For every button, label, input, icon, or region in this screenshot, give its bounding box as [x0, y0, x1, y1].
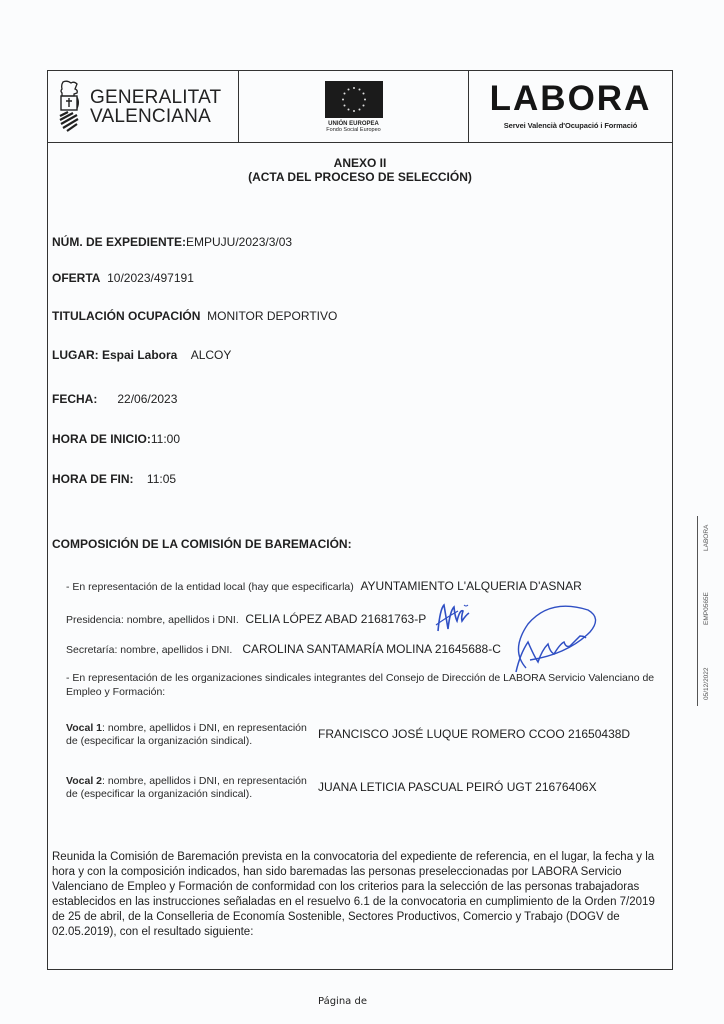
field-fecha: FECHA: 22/06/2023: [52, 392, 177, 406]
header-logos: GENERALITAT VALENCIANA UNIÓN EUROPEA Fon…: [47, 70, 673, 143]
result-paragraph: Reunida la Comisión de Baremación previs…: [52, 850, 668, 940]
presidencia-row: Presidencia: nombre, apellidos i DNI. CE…: [66, 612, 426, 626]
gva-emblem-icon: [58, 80, 82, 134]
field-hora-inicio: HORA DE INICIO:11:00: [52, 432, 180, 446]
field-oferta: OFERTA 10/2023/497191: [52, 271, 194, 285]
vocal1-label: Vocal 1: nombre, apellidos i DNI, en rep…: [66, 722, 307, 748]
labora-logo: LABORA Servei Valencià d'Ocupació i Form…: [469, 71, 672, 142]
document-page: GENERALITAT VALENCIANA UNIÓN EUROPEA Fon…: [0, 0, 724, 1024]
field-titulacion: TITULACIÓN OCUPACIÓN MONITOR DEPORTIVO: [52, 309, 337, 323]
side-stamp-org: LABORA: [703, 525, 710, 551]
eu-logo: UNIÓN EUROPEA Fondo Social Europeo: [239, 71, 469, 142]
gva-logo: GENERALITAT VALENCIANA: [48, 71, 239, 142]
vocal1-value: FRANCISCO JOSÉ LUQUE ROMERO CCOO 2165043…: [318, 727, 630, 741]
page-footer: Página de: [318, 996, 367, 1007]
side-stamp-line: [697, 516, 698, 706]
entidad-local-row: - En representación de la entidad local …: [66, 579, 582, 593]
commission-heading: COMPOSICIÓN DE LA COMISIÓN DE BAREMACIÓN…: [52, 537, 352, 551]
gva-logo-text: GENERALITAT VALENCIANA: [90, 88, 221, 126]
secretaria-row: Secretaría: nombre, apellidos i DNI. CAR…: [66, 642, 501, 656]
side-stamp-date: 05/12/2022: [703, 667, 710, 700]
eu-flag-icon: [325, 81, 383, 118]
sindicales-intro: - En representación de les organizacione…: [66, 671, 666, 699]
vocal2-label: Vocal 2: nombre, apellidos i DNI, en rep…: [66, 775, 307, 801]
side-stamp-code: EMP0565E: [703, 592, 710, 625]
signature-secretaria-icon: [496, 596, 606, 676]
field-expediente: NÚM. DE EXPEDIENTE:EMPUJU/2023/3/03: [52, 235, 292, 249]
field-hora-fin: HORA DE FIN: 11:05: [52, 472, 176, 486]
field-lugar: LUGAR: Espai Labora ALCOY: [52, 348, 231, 362]
annex-subtitle: (ACTA DEL PROCESO DE SELECCIÓN): [48, 170, 672, 184]
vocal2-value: JUANA LETICIA PASCUAL PEIRÓ UGT 21676406…: [318, 780, 597, 794]
main-form-box: ANEXO II (ACTA DEL PROCESO DE SELECCIÓN)…: [47, 143, 673, 970]
annex-title: ANEXO II: [48, 156, 672, 170]
signature-presidencia-icon: [430, 595, 472, 637]
